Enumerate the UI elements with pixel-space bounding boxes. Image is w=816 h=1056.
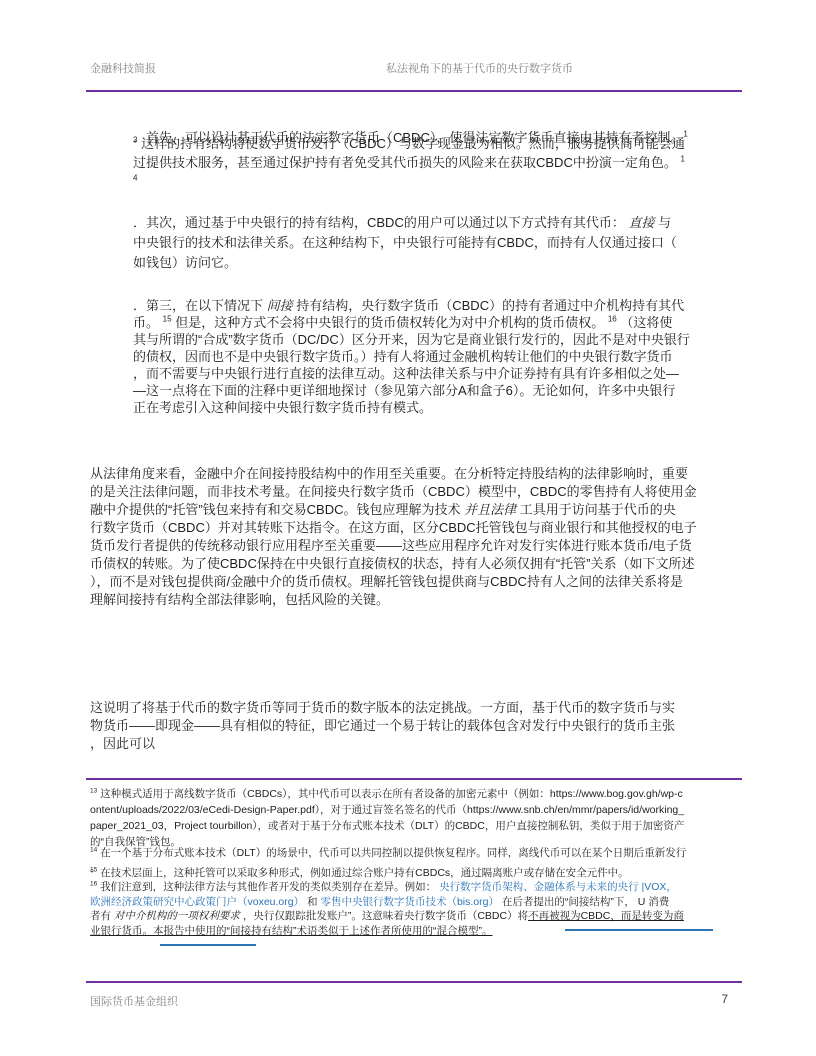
text-line: 这说明了将基于代币的数字货币等同于货币的数字版本的法定挑战。一方面，基于代币的数… (90, 699, 752, 717)
text-run: （这将使 (617, 315, 673, 330)
text-run: 持有结构，央行数字货币（CBDC）的持有者通过中介机构持有其代 (293, 298, 684, 313)
text-run: 的债权，因而也不是中央银行数字货币。）持有人将通过金融机构转让他们的中央银行数字… (133, 349, 673, 364)
text-run: 业银行货币。本报告中使用的“间接持有结构”术语类似于上述作者所使用的“混合模型”… (90, 925, 493, 937)
paragraph-first: ．首先，可以设计基于代币的法定数字货币（CBDC），使得法定数字货币直接由其持有… (133, 128, 753, 191)
text-run: ．其次，通过基于中央银行的持有结构，CBDC的用户可以通过以下方式持有其代币： (133, 215, 628, 230)
text-line: ，因此可以 (90, 735, 752, 753)
footnote-13: 13 这种模式适用于离线数字货币（CBDCs），其中代币可以表示在所有者设备的加… (90, 786, 746, 850)
text-line: ontent/uploads/2022/03/eCedi-Design-Pape… (90, 802, 746, 818)
text-line: 的债权，因而也不是中央银行数字货币。）持有人将通过金融机构转让他们的中央银行数字… (133, 348, 753, 365)
footer-rule (86, 981, 742, 983)
text-line: 币。 15 但是，这种方式不会将中央银行的货币债权转化为对中介机构的货币债权。 … (133, 314, 753, 331)
text-line: 正在考虑引入这种间接中央银行数字货币持有模式。 (133, 399, 753, 416)
text-line: 16 我们注意到，这种法律方法与其他作者开发的类似类别存在差异。例如： 央行数字… (90, 880, 746, 895)
text-run: ，因此可以 (90, 736, 155, 751)
text-run: 的是关注法律问题，而非技术考量。在间接央行数字货币（CBDC）模型中，CBDC的… (90, 484, 697, 499)
text-line: 13 这种模式适用于离线数字货币（CBDCs），其中代币可以表示在所有者设备的加… (90, 786, 746, 802)
text-line: 物货币——即现金——具有相似的特征，即它通过一个易于转让的载体包含对发行中央银行… (90, 717, 752, 735)
text-line: 理解间接持有结构全部法律影响，包括风险的关键。 (90, 591, 752, 609)
header-right-title: 私法视角下的基于代币的央行数字货币 (386, 60, 573, 76)
text-run: 我们注意到，这种法律方法与其他作者开发的类似类别存在差异。例如： (97, 881, 439, 893)
text-line: ，而不需要与中央银行进行直接的法律互动。这种法律关系与中介证券持有具有许多相似之… (133, 365, 753, 382)
text-line: —这一点将在下面的注释中更详细地探讨（参见第六部分A和盒子6）。无论如何，许多中… (133, 382, 753, 399)
text-line: 币债权的转账。为了使CBDC保持在中央银行直接债权的状态，持有人必须仅拥有“托管… (90, 555, 752, 573)
text-line: 14 在一个基于分布式账本技术（DLT）的场景中，代币可以共同控制以提供恢复程序… (90, 846, 746, 861)
paragraph-custodial-wallets: 从法律角度来看，金融中介在间接持股结构中的作用至关重要。在分析特定持股结构的法律… (90, 465, 752, 609)
text-run: 但是，这种方式不会将中央银行的货币债权转化为对中介机构的货币债权。 (172, 315, 608, 330)
text-run: 直接 (628, 215, 654, 230)
text-line: 者有 对中介机构的一项权利要求 ，央行仅跟踪批发账户”。这意味着央行数字货币（C… (90, 909, 746, 924)
paragraph-third: ．第三，在以下情况下 间接 持有结构，央行数字货币（CBDC）的持有者通过中介机… (133, 297, 753, 416)
text-line: 中央银行的技术和法律关系。在这种结构下，中央银行可能持有CBDC，而持有人仅通过… (133, 233, 753, 253)
paragraph-second: ．其次，通过基于中央银行的持有结构，CBDC的用户可以通过以下方式持有其代币： … (133, 213, 753, 273)
text-line: 从法律角度来看，金融中介在间接持股结构中的作用至关重要。在分析特定持股结构的法律… (90, 465, 752, 483)
text-line: ．其次，通过基于中央银行的持有结构，CBDC的用户可以通过以下方式持有其代币： … (133, 213, 753, 233)
text-run: 对中介机构的一项权利要求 (114, 910, 240, 922)
text-run: ，而不需要与中央银行进行直接的法律互动。这种法律关系与中介证券持有具有许多相似之… (133, 366, 679, 381)
text-run: ．第三，在以下情况下 (133, 298, 267, 313)
header-left-title: 金融科技简报 (90, 60, 156, 76)
document-page: 金融科技简报 私法视角下的基于代币的央行数字货币 ．首先，可以设计基于代币的法定… (0, 0, 816, 1056)
text-run: 间接 (267, 298, 293, 313)
text-run: 这样的持有结构将使数字货币发行（CBDC）与数字现金最为相似。然而，服务提供商可… (137, 136, 684, 151)
text-run: 如钱包）访问它。 (133, 255, 237, 270)
text-run: 从法律角度来看，金融中介在间接持股结构中的作用至关重要。在分析特定持股结构的法律… (90, 466, 688, 481)
text-run: 正在考虑引入这种间接中央银行数字货币持有模式。 (133, 400, 432, 415)
text-run: 这种模式适用于离线数字货币（CBDCs），其中代币可以表示在所有者设备的加密元素… (97, 788, 683, 800)
page-number: 7 (700, 992, 728, 1006)
text-run: 在后者提出的“间接结构”下， U 消费 (499, 896, 669, 908)
text-run: 币债权的转账。为了使CBDC保持在中央银行直接债权的状态，持有人必须仅拥有“托管… (90, 556, 695, 571)
text-run: 并且法律 (464, 502, 516, 517)
footnote-reference: 15 (163, 315, 172, 324)
text-run: 与 (654, 215, 671, 230)
text-line: 3 这样的持有结构将使数字货币发行（CBDC）与数字现金最为相似。然而，服务提供… (133, 134, 753, 153)
text-line: 的是关注法律问题，而非技术考量。在间接央行数字货币（CBDC）模型中，CBDC的… (90, 483, 752, 501)
text-line: 业银行货币。本报告中使用的“间接持有结构”术语类似于上述作者所使用的“混合模型”… (90, 924, 746, 939)
text-run: 理解间接持有结构全部法律影响，包括风险的关键。 (90, 592, 389, 607)
footnote-reference: 16 (608, 315, 617, 324)
link-underline-artifact (565, 929, 713, 931)
text-line: 融中介提供的“托管”钱包来持有和交易CBDC。钱包应理解为技术 并且法律 工具用… (90, 501, 752, 519)
text-line: 过提供技术服务，甚至通过保护持有者免受其代币损失的风险来在获取CBDC中扮演一定… (133, 153, 753, 172)
text-run: 行数字货币（CBDC）并对其转账下达指令。在这方面，区分CBDC托管钱包与商业银… (90, 520, 697, 535)
text-run: 其与所谓的“合成”数字货币（DC/DC）区分开来，因为它是商业银行发行的，因此不… (133, 332, 690, 347)
paragraph-legal-challenge: 这说明了将基于代币的数字货币等同于货币的数字版本的法定挑战。一方面，基于代币的数… (90, 699, 752, 753)
text-run: 在技术层面上，这种托管可以采取多种形式，例如通过综合账户持有CBDCs，通过隔离… (97, 867, 628, 879)
text-line: paper_2021_03，Project tourbillon），或者对于基于… (90, 818, 746, 834)
text-run: 物货币——即现金——具有相似的特征，即它通过一个易于转让的载体包含对发行中央银行… (90, 718, 675, 733)
text-run: ，央行仅跟踪批发账户”。这意味着央行数字货币（CBDC）将 (240, 910, 528, 922)
text-line: 其与所谓的“合成”数字货币（DC/DC）区分开来，因为它是商业银行发行的，因此不… (133, 331, 753, 348)
text-run: 货币发行者提供的传统移动银行应用程序至关重要——这些应用程序允许对发行实体进行账… (90, 538, 692, 553)
hyperlink[interactable]: 零售中央银行数字货币技术（bis.org） (320, 896, 499, 908)
text-run: 中央银行的技术和法律关系。在这种结构下，中央银行可能持有CBDC，而持有人仅通过… (133, 235, 677, 250)
hyperlink[interactable]: 欧洲经济政策研究中心政策门户（voxeu.org） (90, 896, 304, 908)
text-run: 者有 (90, 910, 114, 922)
footer-organization: 国际货币基金组织 (90, 993, 178, 1009)
text-run: 不再被视为CBDC，而是转变为商 (528, 910, 684, 922)
text-run: 工具用于访问基于代币的央 (516, 502, 676, 517)
text-run: —这一点将在下面的注释中更详细地探讨（参见第六部分A和盒子6）。无论如何，许多中… (133, 383, 675, 398)
footnote-reference: 1 (680, 155, 684, 164)
text-run: ），而不是对钱包提供商/金融中介的货币债权。理解托管钱包提供商与CBDC持有人之… (90, 574, 683, 589)
text-run: ontent/uploads/2022/03/eCedi-Design-Pape… (90, 804, 684, 816)
text-run: 和 (304, 896, 320, 908)
footnote-15: 15 在技术层面上，这种托管可以采取多种形式，例如通过综合账户持有CBDCs，通… (90, 866, 746, 881)
footnote-reference: 4 (133, 174, 137, 183)
text-run: paper_2021_03，Project tourbillon），或者对于基于… (90, 820, 684, 832)
text-run: 币。 (133, 315, 163, 330)
text-line: 4 (133, 172, 753, 191)
footnote-separator (86, 778, 742, 780)
text-line: ），而不是对钱包提供商/金融中介的货币债权。理解托管钱包提供商与CBDC持有人之… (90, 573, 752, 591)
header-rule (86, 90, 742, 92)
text-line: 如钱包）访问它。 (133, 253, 753, 273)
text-run: 这说明了将基于代币的数字货币等同于货币的数字版本的法定挑战。一方面，基于代币的数… (90, 700, 675, 715)
text-line: ．第三，在以下情况下 间接 持有结构，央行数字货币（CBDC）的持有者通过中介机… (133, 297, 753, 314)
link-underline-artifact (160, 944, 256, 946)
text-run: 过提供技术服务，甚至通过保护持有者免受其代币损失的风险来在获取CBDC中扮演一定… (133, 155, 680, 170)
text-line: 行数字货币（CBDC）并对其转账下达指令。在这方面，区分CBDC托管钱包与商业银… (90, 519, 752, 537)
hyperlink[interactable]: 央行数字货币架构、金融体系与未来的央行 |VOX， (439, 881, 677, 893)
text-line: 欧洲经济政策研究中心政策门户（voxeu.org） 和 零售中央银行数字货币技术… (90, 895, 746, 910)
text-line: 货币发行者提供的传统移动银行应用程序至关重要——这些应用程序允许对发行实体进行账… (90, 537, 752, 555)
text-run: 在一个基于分布式账本技术（DLT）的场景中，代币可以共同控制以提供恢复程序。同样… (97, 847, 686, 859)
text-line: 15 在技术层面上，这种托管可以采取多种形式，例如通过综合账户持有CBDCs，通… (90, 866, 746, 881)
text-run: 融中介提供的“托管”钱包来持有和交易CBDC。钱包应理解为技术 (90, 502, 464, 517)
